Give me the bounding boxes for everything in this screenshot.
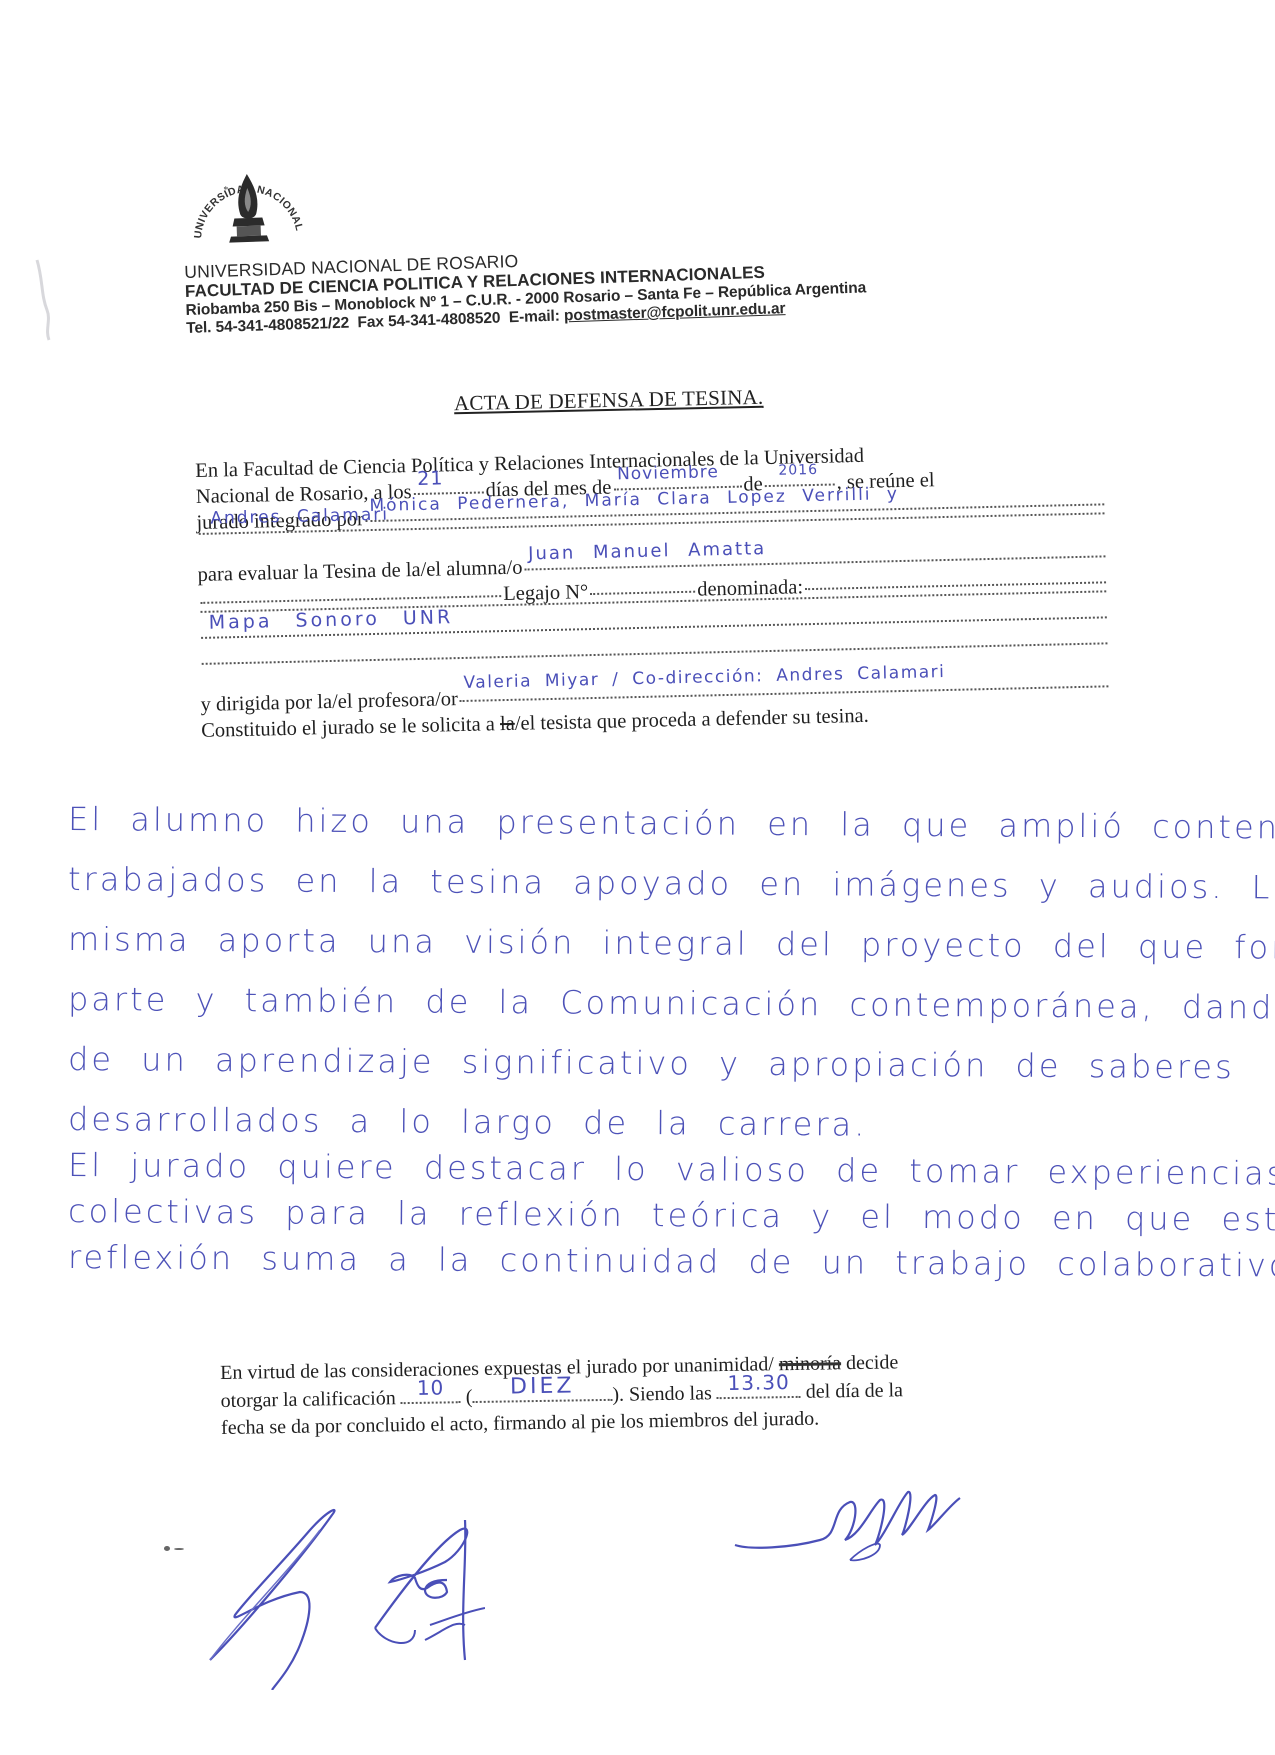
grade-words-field[interactable]: DIEZ	[472, 1381, 612, 1403]
notes-line: colectivas para la reflexión teórica y e…	[68, 1192, 1218, 1246]
defense-form: En la Facultad de Ciencia Política y Rel…	[195, 437, 1111, 744]
notes-line: parte y también de la Comunicación conte…	[68, 980, 1218, 1048]
document-page: UNIVERSIDAD NACIONAL DE ROSARIO * UNIVER…	[0, 0, 1275, 1755]
student-field-cont[interactable]	[200, 595, 501, 604]
jury-signature-1	[200, 1500, 360, 1690]
year-value: 2016	[778, 457, 818, 484]
verdict-text: decide	[841, 1351, 899, 1374]
scan-artifact	[25, 255, 65, 345]
notes-line: trabajados en la tesina apoyado en imáge…	[68, 860, 1218, 928]
jury-signature-3	[730, 1480, 970, 1570]
month-value: Noviembre	[617, 459, 719, 487]
fax: Fax 54-341-4808520	[357, 310, 500, 332]
verdict-text: del día de la	[801, 1379, 904, 1403]
svg-text:*: *	[223, 185, 228, 196]
notes-line: desarrollados a lo largo de la carrera.	[68, 1100, 1218, 1154]
struck-option: la	[500, 711, 515, 737]
jury-notes: El alumno hizo una presentación en la qu…	[68, 800, 1218, 1284]
notes-line: El alumno hizo una presentación en la qu…	[68, 800, 1218, 868]
notes-line: de un aprendizaje significativo y apropi…	[68, 1040, 1218, 1108]
day-value: 21	[417, 465, 444, 492]
jury-value-2: Andres Calamari	[210, 502, 389, 532]
form-text: Constituido el jurado se le solicita a	[201, 711, 500, 744]
signatures-area	[150, 1480, 1110, 1690]
notes-line: reflexión suma a la continuidad de un tr…	[68, 1238, 1218, 1292]
verdict-text: ). Siendo las	[612, 1382, 717, 1406]
page-title: ACTA DE DEFENSA DE TESINA.	[454, 385, 764, 416]
legajo-field[interactable]	[590, 591, 695, 595]
notes-line: El jurado quiere destacar lo valioso de …	[68, 1146, 1218, 1200]
email-label: E-mail:	[509, 308, 561, 327]
grade-number-value: 10	[400, 1374, 460, 1402]
university-seal-icon: UNIVERSIDAD NACIONAL DE ROSARIO *	[176, 146, 320, 271]
time-field[interactable]: 13.30	[717, 1378, 801, 1399]
student-field[interactable]: Juan Manuel Amatta	[524, 555, 1105, 570]
student-value: Juan Manuel Amatta	[528, 536, 767, 567]
notes-line: misma aporta una visión integral del pro…	[68, 920, 1218, 988]
verdict-text: otorgar la calificación	[220, 1387, 400, 1412]
denominada-field[interactable]	[805, 581, 1106, 590]
thesis-title-value: Mapa Sonoro UNR	[208, 604, 453, 636]
grade-number-field[interactable]: 10	[401, 1383, 461, 1404]
ink-speck	[174, 1548, 184, 1550]
verdict-section: En virtud de las consideraciones expuest…	[220, 1346, 1121, 1442]
jury-signature-2	[355, 1500, 485, 1670]
ink-speck	[164, 1546, 170, 1551]
time-value: 13.30	[716, 1369, 800, 1397]
grade-words-value: DIEZ	[472, 1372, 612, 1401]
